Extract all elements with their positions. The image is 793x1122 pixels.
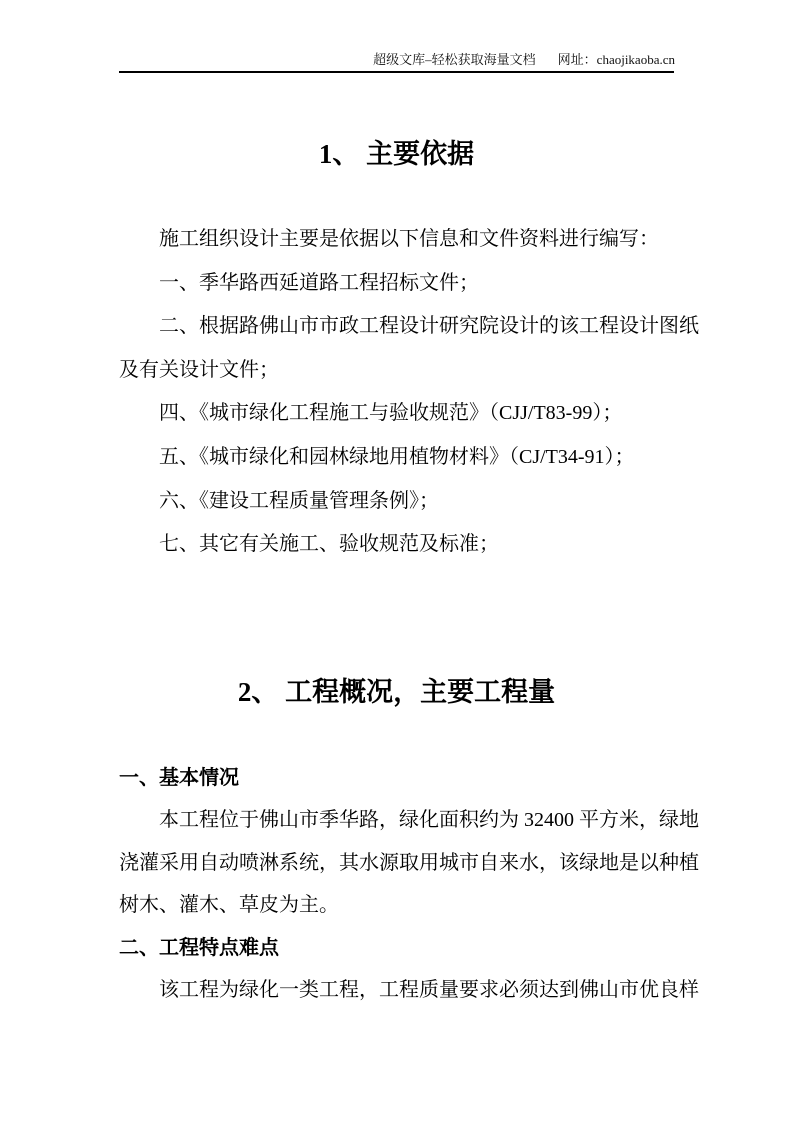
header-url-label: 网址：chaojikaoba.cn: [558, 52, 675, 67]
document-line: 七、其它有关施工、验收规范及标准；: [119, 523, 675, 567]
document-page: 超级文库–轻松获取海量文档网址：chaojikaoba.cn 1、 主要依据 施…: [0, 0, 793, 1122]
section-1-body: 施工组织设计主要是依据以下信息和文件资料进行编写： 一、季华路西延道路工程招标文…: [119, 218, 675, 567]
document-line: 六、《建设工程质量管理条例》；: [119, 480, 675, 524]
section-2-body: 一、基本情况 本工程位于佛山市季华路，绿化面积约为 32400 平方米，绿地 浇…: [119, 757, 675, 1011]
header-site-label: 超级文库–轻松获取海量文档: [373, 52, 536, 67]
document-line: 四、《城市绿化工程施工与验收规范》（CJJ/T83-99）；: [119, 392, 675, 436]
document-line: 及有关设计文件；: [119, 349, 675, 393]
subsection-heading: 二、工程特点难点: [119, 927, 675, 969]
page-header: 超级文库–轻松获取海量文档网址：chaojikaoba.cn: [119, 52, 675, 68]
document-line: 树木、灌木、草皮为主。: [119, 884, 675, 926]
document-line: 本工程位于佛山市季华路，绿化面积约为 32400 平方米，绿地: [119, 799, 675, 841]
subsection-heading: 一、基本情况: [119, 757, 675, 799]
document-line: 该工程为绿化一类工程，工程质量要求必须达到佛山市优良样: [119, 969, 675, 1011]
section-1-title: 1、 主要依据: [0, 134, 793, 174]
header-rule: [119, 71, 674, 73]
document-line: 五、《城市绿化和园林绿地用植物材料》（CJ/T34-91）；: [119, 436, 675, 480]
document-line: 浇灌采用自动喷淋系统，其水源取用城市自来水，该绿地是以种植: [119, 842, 675, 884]
section-2-title: 2、 工程概况，主要工程量: [0, 672, 793, 712]
document-line: 一、季华路西延道路工程招标文件；: [119, 262, 675, 306]
document-line: 施工组织设计主要是依据以下信息和文件资料进行编写：: [119, 218, 675, 262]
document-line: 二、根据路佛山市市政工程设计研究院设计的该工程设计图纸: [119, 305, 675, 349]
